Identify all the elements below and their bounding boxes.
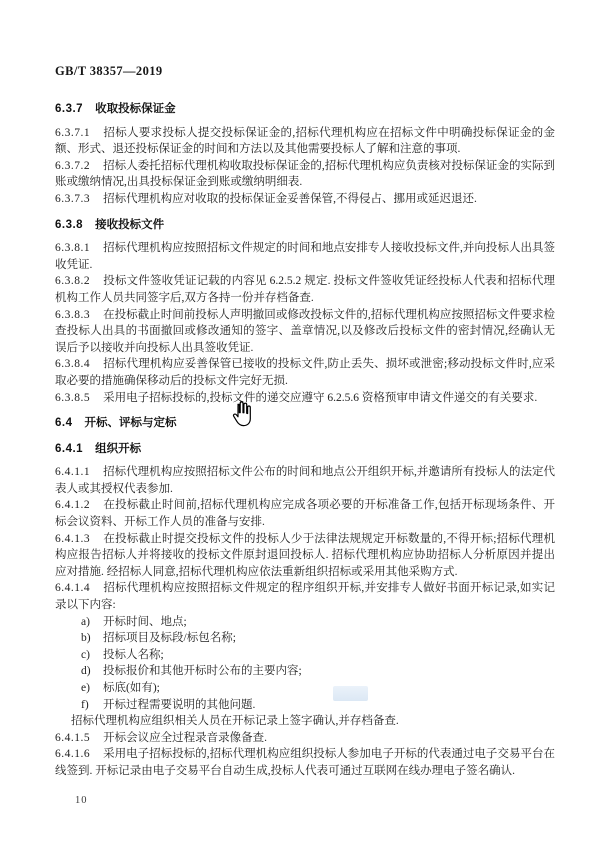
list-marker: f): [81, 697, 103, 714]
document-page: GB/T 38357—2019 6.3.7收取投标保证金 6.3.7.1招标人要…: [0, 0, 607, 862]
list-item-b: b)招标项目及标段/标包名称;: [55, 630, 555, 647]
clause-text: 招标代理机构应按照招标文件规定的时间和地点安排专人接收投标文件,并向投标人出具签…: [55, 242, 555, 271]
clause-6-4-1-4: 6.4.1.4招标代理机构应按照招标文件规定的程序组织开标,并安排专人做好书面开…: [55, 580, 555, 613]
section-number: 6.3.7: [55, 101, 95, 118]
clause-number: 6.3.8.4: [55, 358, 103, 370]
list-marker: c): [81, 647, 103, 664]
clause-number: 6.4.1.6: [55, 748, 103, 760]
list-item-text: 开标过程需要说明的其他问题.: [103, 699, 255, 711]
document-content: 6.3.7收取投标保证金 6.3.7.1招标人要求投标人提交投标保证金的,招标代…: [55, 92, 555, 780]
clause-number: 6.3.8.5: [55, 392, 103, 404]
clause-text: 在投标截止时间前,招标代理机构应完成各项必要的开标准备工作,包括开标现场条件、开…: [55, 499, 555, 528]
clause-number: 6.3.7.2: [55, 160, 103, 172]
section-heading-6-4: 6.4开标、评标与定标: [55, 415, 555, 432]
clause-text: 招标人委托招标代理机构收取投标保证金的,招标代理机构应负责核对投标保证金的实际到…: [55, 160, 555, 189]
list-item-text: 标底(如有);: [103, 682, 160, 694]
list-item-text: 投标人名称;: [103, 649, 164, 661]
clause-6-4-1-5: 6.4.1.5开标会议应全过程录音录像备查.: [55, 730, 555, 747]
clause-6-4-1-6: 6.4.1.6采用电子招标投标的,招标代理机构应组织投标人参加电子开标的代表通过…: [55, 746, 555, 779]
list-marker: e): [81, 680, 103, 697]
clause-number: 6.4.1.2: [55, 499, 103, 511]
page-number: 10: [75, 795, 88, 806]
section-heading-6-3-8: 6.3.8接收投标文件: [55, 217, 555, 234]
clause-text: 招标代理机构应按照招标文件规定的程序组织开标,并安排专人做好书面开标记录,如实记…: [55, 582, 555, 611]
clause-text: 在投标截止时间前投标人声明撤回或修改投标文件的,招标代理机构应按照招标文件要求检…: [55, 309, 555, 354]
list-item-f: f)开标过程需要说明的其他问题.: [55, 697, 555, 714]
section-number: 6.3.8: [55, 217, 95, 234]
clause-text: 采用电子招标投标的,投标文件的递交应遵守 6.2.5.6 资格预审申请文件递交的…: [103, 392, 537, 404]
clause-number: 6.3.8.1: [55, 242, 103, 254]
list-marker: b): [81, 630, 103, 647]
clause-number: 6.4.1.1: [55, 466, 103, 478]
clause-6-3-7-3: 6.3.7.3招标代理机构应对收取的投标保证金妥善保管,不得侵占、挪用或延迟退还…: [55, 191, 555, 208]
list-marker: d): [81, 663, 103, 680]
clause-number: 6.4.1.5: [55, 732, 103, 744]
section-number: 6.4.1: [55, 441, 95, 458]
clause-6-3-8-2: 6.3.8.2投标文件签收凭证记载的内容见 6.2.5.2 规定. 投标文件签收…: [55, 273, 555, 306]
list-item-a: a)开标时间、地点;: [55, 614, 555, 631]
section-number: 6.4: [55, 415, 85, 432]
clause-text: 投标文件签收凭证记载的内容见 6.2.5.2 规定. 投标文件签收凭证经投标人代…: [55, 275, 555, 304]
hand-cursor-icon: [228, 400, 254, 428]
section-heading-6-4-1: 6.4.1组织开标: [55, 441, 555, 458]
list-item-d: d)投标报价和其他开标时公布的主要内容;: [55, 663, 555, 680]
section-title: 接收投标文件: [95, 219, 164, 231]
standard-code: GB/T 38357—2019: [55, 64, 163, 79]
clause-6-3-8-3: 6.3.8.3在投标截止时间前投标人声明撤回或修改投标文件的,招标代理机构应按照…: [55, 307, 555, 357]
clause-number: 6.3.8.3: [55, 309, 103, 321]
clause-text: 在投标截止时提交投标文件的投标人少于法律法规规定开标数量的,不得开标;招标代理机…: [55, 533, 555, 578]
clause-text: 招标代理机构应按照招标文件公布的时间和地点公开组织开标,并邀请所有投标人的法定代…: [55, 466, 555, 495]
section-title: 开标、评标与定标: [85, 417, 177, 429]
list-item-text: 招标项目及标段/标包名称;: [103, 632, 236, 644]
clause-text: 招标代理机构应对收取的投标保证金妥善保管,不得侵占、挪用或延迟退还.: [103, 193, 477, 205]
clause-text: 招标人要求投标人提交投标保证金的,招标代理机构应在招标文件中明确投标保证金的金额…: [55, 127, 555, 156]
list-item-c: c)投标人名称;: [55, 647, 555, 664]
clause-text: 采用电子招标投标的,招标代理机构应组织投标人参加电子开标的代表通过电子交易平台在…: [55, 748, 555, 777]
clause-6-4-1-3: 6.4.1.3在投标截止时提交投标文件的投标人少于法律法规规定开标数量的,不得开…: [55, 531, 555, 581]
watermark-stamp: [333, 686, 368, 701]
clause-number: 6.4.1.3: [55, 533, 103, 545]
list-item-text: 投标报价和其他开标时公布的主要内容;: [103, 665, 302, 677]
clause-text: 开标会议应全过程录音录像备查.: [103, 732, 267, 744]
clause-6-4-1-1: 6.4.1.1招标代理机构应按照招标文件公布的时间和地点公开组织开标,并邀请所有…: [55, 464, 555, 497]
clause-6-4-1-2: 6.4.1.2在投标截止时间前,招标代理机构应完成各项必要的开标准备工作,包括开…: [55, 497, 555, 530]
section-title: 收取投标保证金: [95, 103, 176, 115]
list-item-text: 开标时间、地点;: [103, 616, 187, 628]
clause-number: 6.4.1.4: [55, 582, 103, 594]
section-heading-6-3-7: 6.3.7收取投标保证金: [55, 101, 555, 118]
list-item-e: e)标底(如有);: [55, 680, 555, 697]
list-marker: a): [81, 614, 103, 631]
clause-number: 6.3.8.2: [55, 275, 103, 287]
clause-number: 6.3.7.3: [55, 193, 103, 205]
clause-text: 招标代理机构应妥善保管已接收的投标文件,防止丢失、损坏或泄密;移动投标文件时,应…: [55, 358, 555, 387]
clause-6-3-7-2: 6.3.7.2招标人委托招标代理机构收取投标保证金的,招标代理机构应负责核对投标…: [55, 158, 555, 191]
clause-6-3-8-5: 6.3.8.5采用电子招标投标的,投标文件的递交应遵守 6.2.5.6 资格预审…: [55, 390, 555, 407]
clause-number: 6.3.7.1: [55, 127, 103, 139]
clause-6-3-7-1: 6.3.7.1招标人要求投标人提交投标保证金的,招标代理机构应在招标文件中明确投…: [55, 125, 555, 158]
clause-closing-note: 招标代理机构应组织相关人员在开标记录上签字确认,并存档备查.: [55, 713, 555, 730]
section-title: 组织开标: [95, 443, 141, 455]
clause-6-3-8-4: 6.3.8.4招标代理机构应妥善保管已接收的投标文件,防止丢失、损坏或泄密;移动…: [55, 356, 555, 389]
clause-6-3-8-1: 6.3.8.1招标代理机构应按照招标文件规定的时间和地点安排专人接收投标文件,并…: [55, 240, 555, 273]
